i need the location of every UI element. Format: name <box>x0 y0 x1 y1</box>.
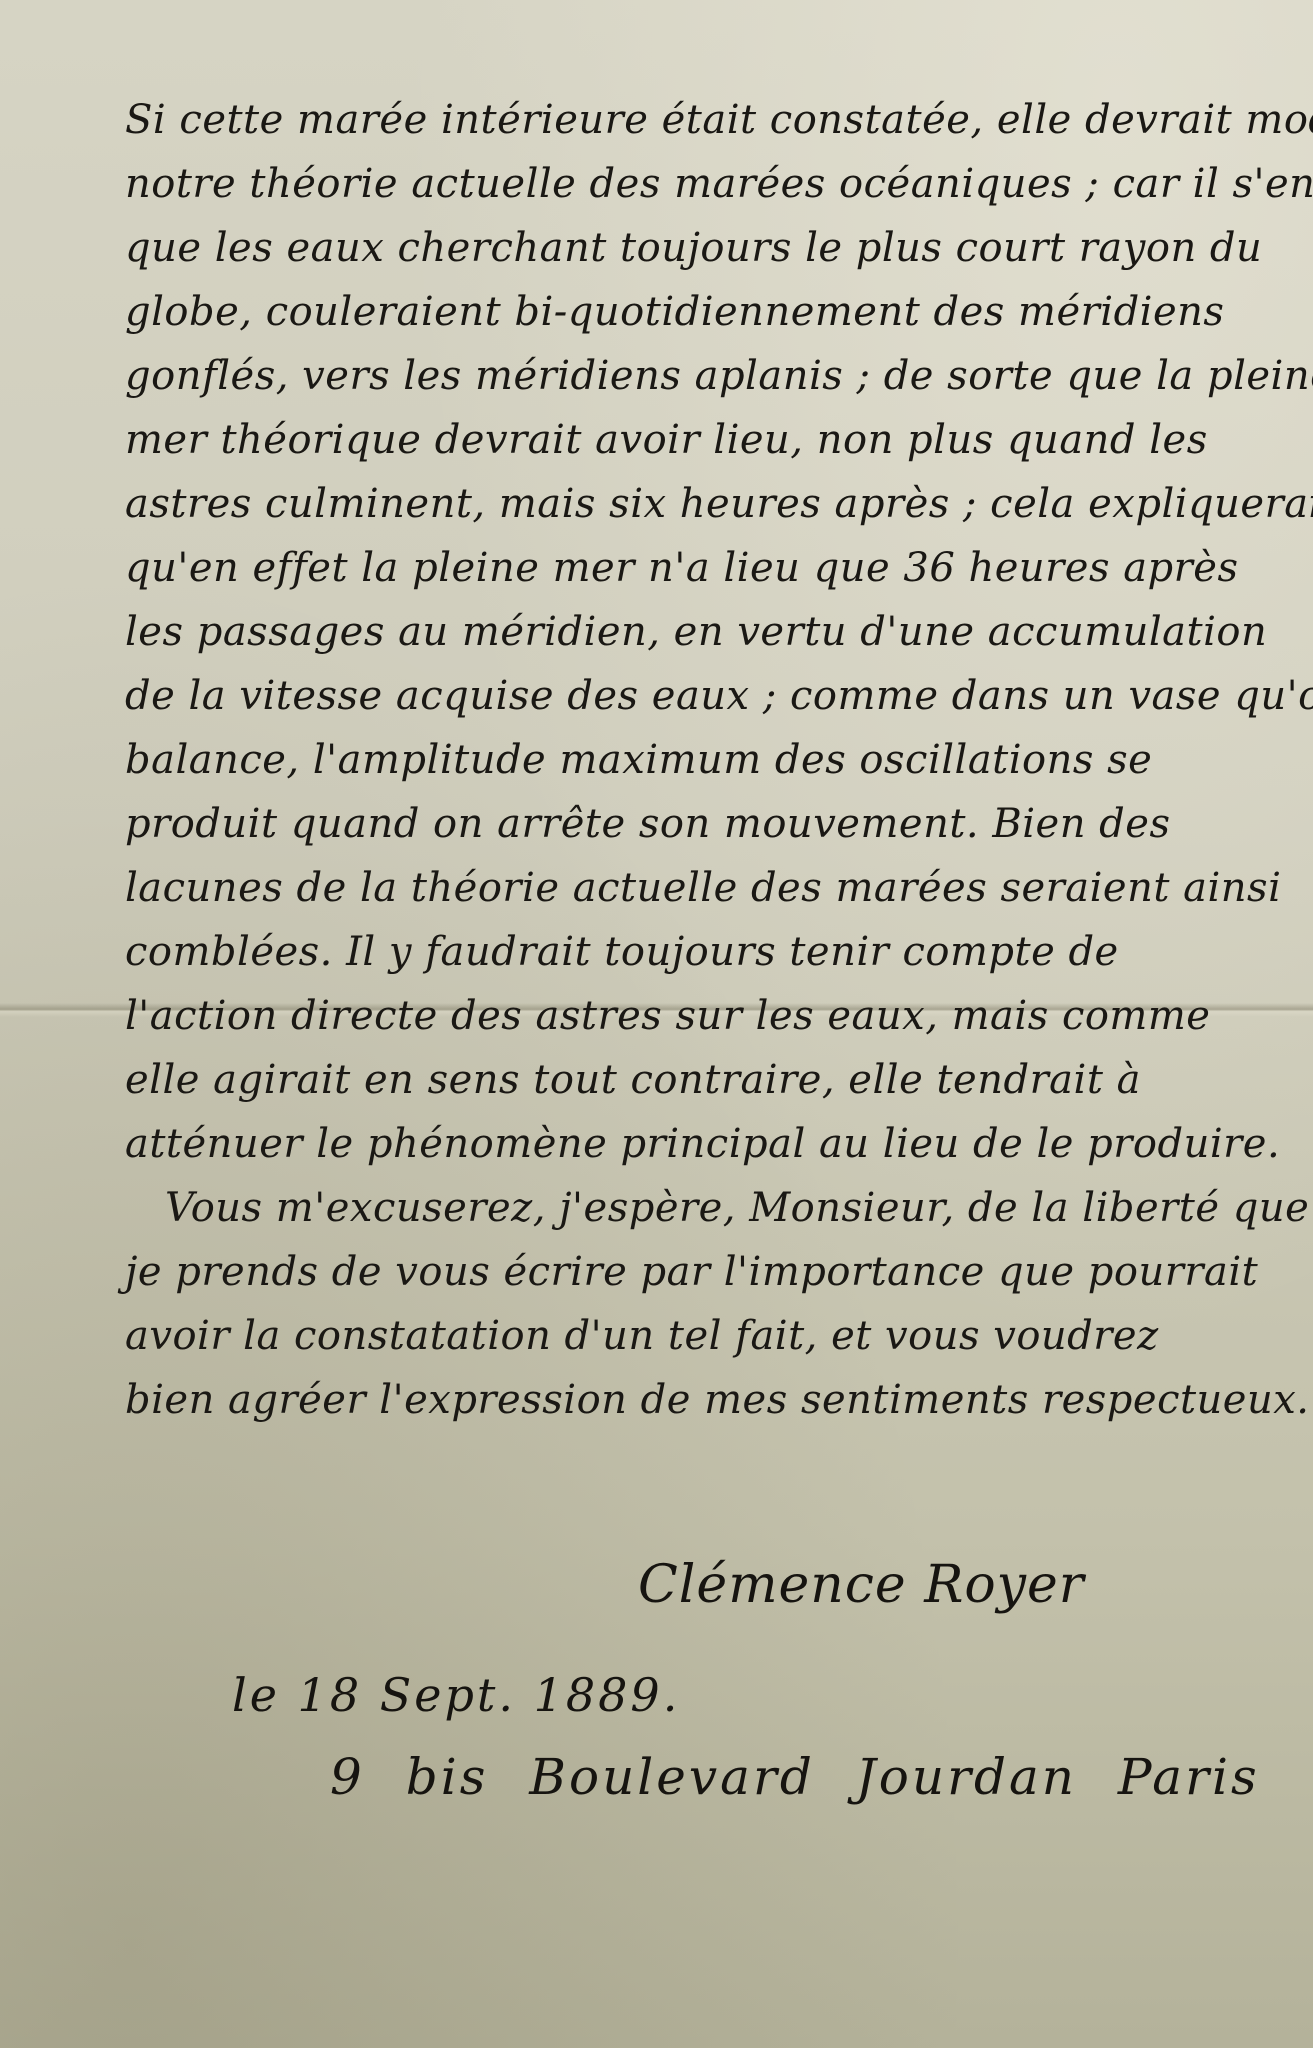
letter-line: comblées. Il y faudrait toujours tenir c… <box>125 920 1295 984</box>
letter-line: les passages au méridien, en vertu d'une… <box>125 600 1295 664</box>
letter-line: l'action directe des astres sur les eaux… <box>125 984 1295 1048</box>
letter-line-closing: Vous m'excuserez, j'espère, Monsieur, de… <box>125 1176 1295 1240</box>
letter-line: que les eaux cherchant toujours le plus … <box>125 216 1295 280</box>
letter-line: globe, couleraient bi-quotidiennement de… <box>125 280 1295 344</box>
letter-line: je prends de vous écrire par l'importanc… <box>125 1240 1295 1304</box>
letter-line: Si cette marée intérieure était constaté… <box>125 88 1295 152</box>
letter-line: de la vitesse acquise des eaux ; comme d… <box>125 664 1295 728</box>
letter-line: atténuer le phénomène principal au lieu … <box>125 1112 1295 1176</box>
sender-address: 9 bis Boulevard Jourdan Paris <box>330 1748 1260 1806</box>
letter-date: le 18 Sept. 1889. <box>232 1668 680 1722</box>
letter-line: bien agréer l'expression de mes sentimen… <box>125 1368 1295 1432</box>
letter-line: elle agirait en sens tout contraire, ell… <box>125 1048 1295 1112</box>
letter-line: notre théorie actuelle des marées océani… <box>125 152 1295 216</box>
letter-body: Si cette marée intérieure était constaté… <box>125 88 1295 1432</box>
signature: Clémence Royer <box>638 1555 1085 1615</box>
letter-line: produit quand on arrête son mouvement. B… <box>125 792 1295 856</box>
letter-line: lacunes de la théorie actuelle des marée… <box>125 856 1295 920</box>
letter-line: gonflés, vers les méridiens aplanis ; de… <box>125 344 1295 408</box>
letter-line: mer théorique devrait avoir lieu, non pl… <box>125 408 1295 472</box>
letter-line: astres culminent, mais six heures après … <box>125 472 1295 536</box>
letter-line: balance, l'amplitude maximum des oscilla… <box>125 728 1295 792</box>
letter-page: Si cette marée intérieure était constaté… <box>0 0 1313 2048</box>
letter-line: avoir la constatation d'un tel fait, et … <box>125 1304 1295 1368</box>
letter-line: qu'en effet la pleine mer n'a lieu que 3… <box>125 536 1295 600</box>
